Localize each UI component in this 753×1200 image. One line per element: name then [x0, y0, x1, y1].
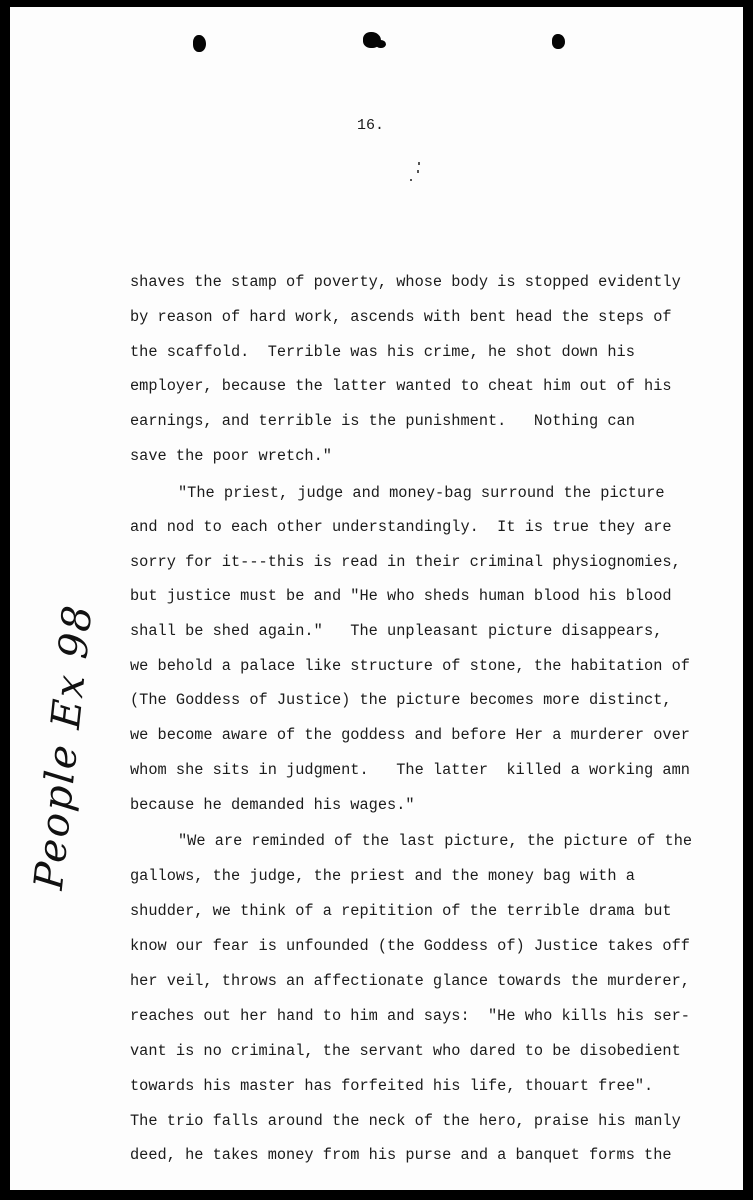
handwritten-exhibit-annotation: People Ex 98	[26, 602, 102, 892]
text-line-paragraph-start: "The priest, judge and money-bag surroun…	[178, 484, 665, 502]
text-line-paragraph-start: "We are reminded of the last picture, th…	[178, 832, 692, 850]
text-line: deed, he takes money from his purse and …	[130, 1146, 672, 1164]
text-line: towards his master has forfeited his lif…	[130, 1077, 653, 1095]
text-line: we become aware of the goddess and befor…	[130, 726, 690, 744]
page-number: 16.	[357, 117, 384, 134]
text-line: shall be shed again." The unpleasant pic…	[130, 622, 662, 640]
text-line: and nod to each other understandingly. I…	[130, 518, 672, 536]
text-line: shudder, we think of a repitition of the…	[130, 902, 672, 920]
text-line: The trio falls around the neck of the he…	[130, 1112, 681, 1130]
punch-hole-center-tail	[376, 40, 386, 48]
punch-hole-right	[552, 34, 565, 49]
speck-mark	[410, 179, 412, 181]
document-page: 16. People Ex 98 shaves the stamp of pov…	[10, 7, 743, 1190]
text-line: because he demanded his wages."	[130, 796, 415, 814]
punch-hole-left	[193, 35, 206, 52]
text-line: save the poor wretch."	[130, 447, 332, 465]
text-line: earnings, and terrible is the punishment…	[130, 412, 635, 430]
text-line: vant is no criminal, the servant who dar…	[130, 1042, 681, 1060]
text-line: gallows, the judge, the priest and the m…	[130, 867, 635, 885]
text-line: shaves the stamp of poverty, whose body …	[130, 273, 681, 291]
text-line: reaches out her hand to him and says: "H…	[130, 1007, 690, 1025]
text-line: by reason of hard work, ascends with ben…	[130, 308, 672, 326]
text-line: (The Goddess of Justice) the picture bec…	[130, 691, 672, 709]
text-line: her veil, throws an affectionate glance …	[130, 972, 690, 990]
text-line: whom she sits in judgment. The latter ki…	[130, 761, 690, 779]
text-line: sorry for it---this is read in their cri…	[130, 553, 681, 571]
text-line: employer, because the latter wanted to c…	[130, 377, 672, 395]
text-line: we behold a palace like structure of sto…	[130, 657, 690, 675]
text-line: but justice must be and "He who sheds hu…	[130, 587, 672, 605]
text-line: know our fear is unfounded (the Goddess …	[130, 937, 690, 955]
text-line: the scaffold. Terrible was his crime, he…	[130, 343, 635, 361]
speck-mark	[418, 162, 420, 165]
speck-mark	[417, 170, 419, 173]
